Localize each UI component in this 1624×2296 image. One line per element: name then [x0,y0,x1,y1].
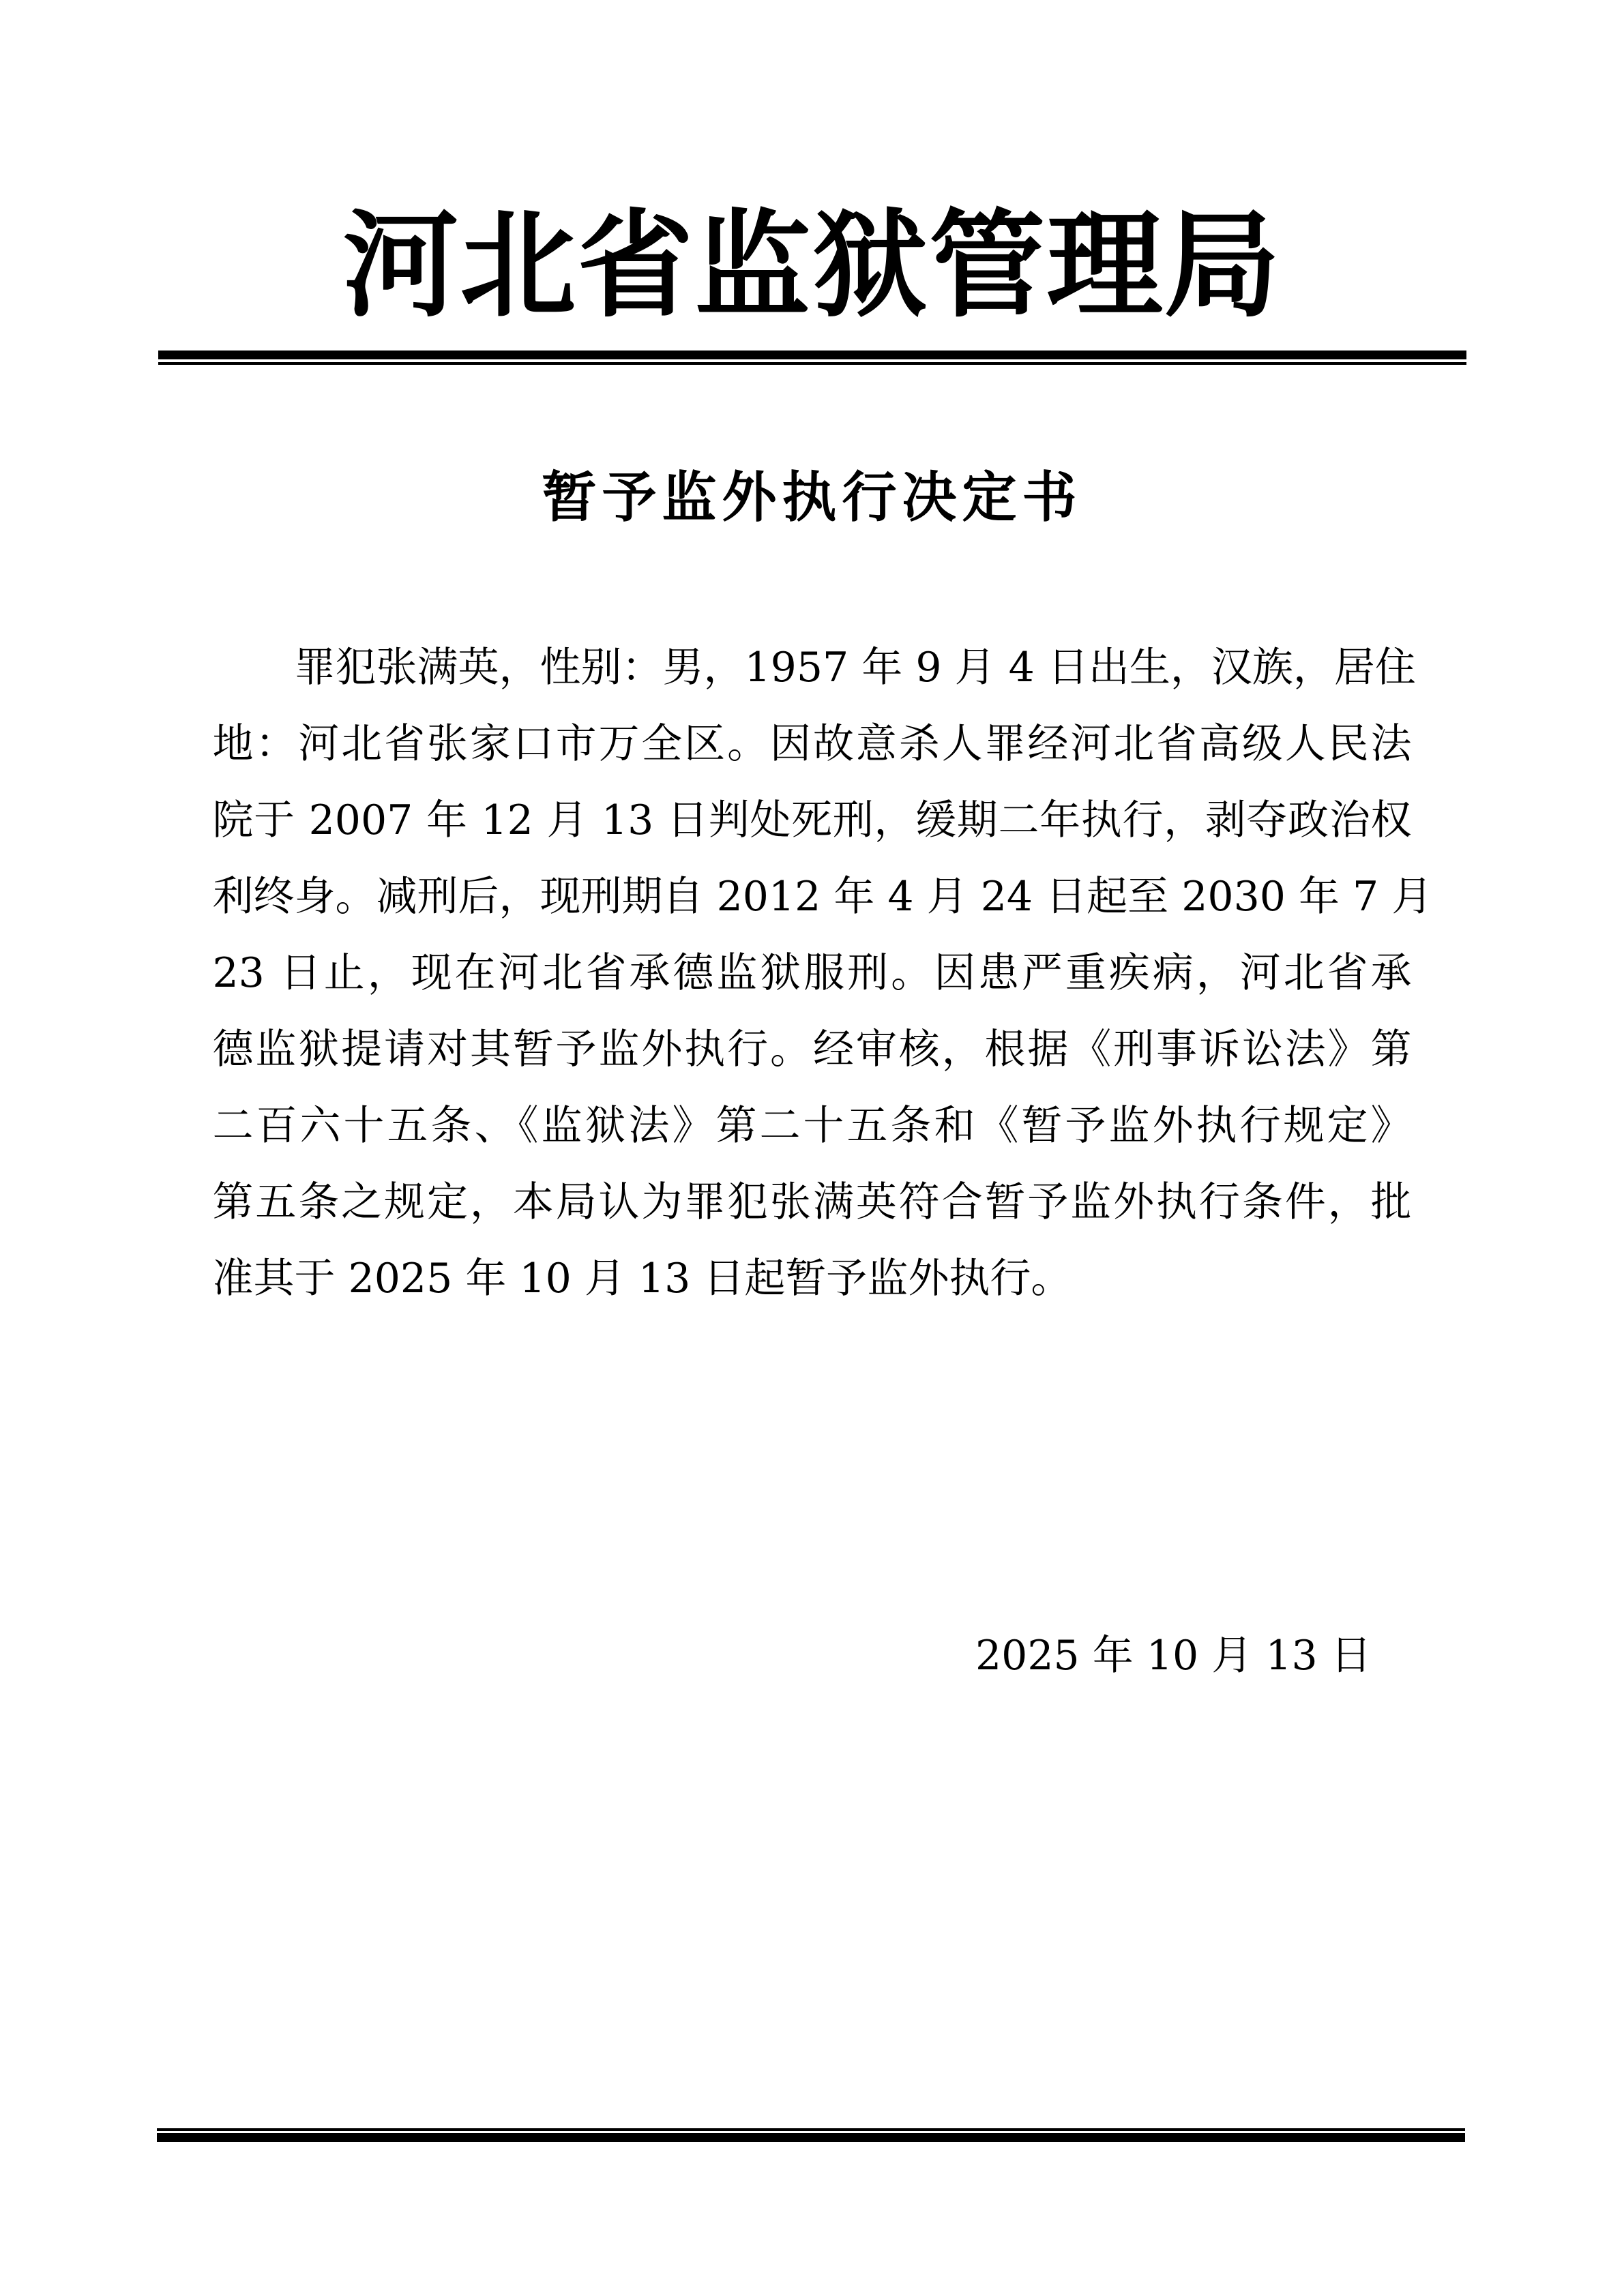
body-line: 地：河北省张家口市万全区。因故意杀人罪经河北省高级人民法 [213,706,1412,782]
body-line: 利终身。减刑后，现刑期自 2012 年 4 月 24 日起至 2030 年 7 … [213,859,1412,935]
document-title: 暂予监外执行决定书 [0,468,1624,526]
document-page: 河北省监狱管理局 暂予监外执行决定书 罪犯张满英，性别：男，1957 年 9 月… [0,0,1624,2296]
document-main: 暂予监外执行决定书 罪犯张满英，性别：男，1957 年 9 月 4 日出生，汉族… [0,468,1624,1317]
org-title: 河北省监狱管理局 [0,0,1624,333]
body-line: 二百六十五条、《监狱法》第二十五条和《暂予监外执行规定》 [213,1088,1412,1164]
masthead: 河北省监狱管理局 [0,0,1624,365]
footer-double-rule [157,2128,1465,2142]
body-line: 罪犯张满英，性别：男，1957 年 9 月 4 日出生，汉族，居住 [213,629,1412,706]
body-line: 准其于 2025 年 10 月 13 日起暂予监外执行。 [213,1240,1412,1317]
document-body: 罪犯张满英，性别：男，1957 年 9 月 4 日出生，汉族，居住 地：河北省张… [213,629,1412,1317]
body-line: 德监狱提请对其暂予监外执行。经审核，根据《刑事诉讼法》第 [213,1011,1412,1088]
body-line: 第五条之规定，本局认为罪犯张满英符合暂予监外执行条件，批 [213,1164,1412,1240]
document-date: 2025 年 10 月 13 日 [975,1631,1372,1680]
body-line: 院于 2007 年 12 月 13 日判处死刑，缓期二年执行，剥夺政治权 [213,782,1412,859]
header-double-rule [158,351,1466,365]
body-line: 23 日止，现在河北省承德监狱服刑。因患严重疾病，河北省承 [213,935,1412,1011]
